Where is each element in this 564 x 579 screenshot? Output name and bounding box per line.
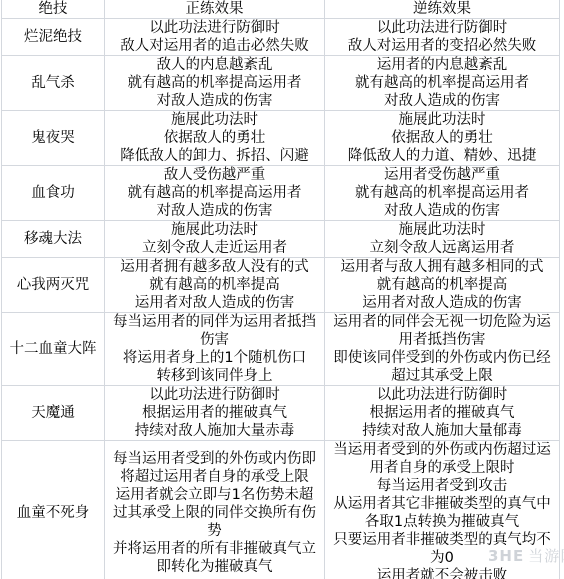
skill-name-cell: 天魔通 bbox=[2, 386, 105, 441]
negative-effect-line: 运用者的同伴会无视一切危险为运 bbox=[325, 313, 559, 331]
negative-effect-line: 根据运用者的摧破真气 bbox=[325, 404, 559, 422]
table-row: 乱气杀敌人的内息越紊乱就有越高的机率提高运用者对敌人造成的伤害运用者的内息越紊乱… bbox=[2, 56, 560, 111]
positive-effect-line: 每当运用者的同伴为运用者抵挡 bbox=[105, 313, 324, 331]
positive-effect-cell: 运用者拥有越多敌人没有的式就有越高的机率提高运用者对敌人造成的伤害 bbox=[105, 258, 325, 313]
skill-name-cell: 鬼夜哭 bbox=[2, 111, 105, 166]
skill-name-cell: 血食功 bbox=[2, 166, 105, 221]
skill-name-cell: 移魂大法 bbox=[2, 221, 105, 258]
negative-effect-cell: 运用者与敌人拥有越多相同的式就有越高的机率提高运用者对敌人造成的伤害 bbox=[325, 258, 560, 313]
negative-effect-cell: 以此功法进行防御时根据运用者的摧破真气持续对敌人施加大量郁毒 bbox=[325, 386, 560, 441]
skill-name-cell: 心我两灭咒 bbox=[2, 258, 105, 313]
positive-effect-line: 施展此功法时 bbox=[105, 221, 324, 239]
positive-effect-line: 对敌人造成的伤害 bbox=[105, 202, 324, 220]
negative-effect-line: 用者抵挡伤害 bbox=[325, 331, 559, 349]
positive-effect-cell: 施展此功法时依据敌人的勇壮降低敌人的卸力、拆招、闪避 bbox=[105, 111, 325, 166]
header-negative-effect: 逆练效果 bbox=[325, 0, 560, 19]
negative-effect-line: 就有越高的机率提高 bbox=[325, 276, 559, 294]
negative-effect-line: 运用者的内息越紊乱 bbox=[325, 56, 559, 74]
negative-effect-line: 对敌人造成的伤害 bbox=[325, 92, 559, 110]
table-row: 移魂大法施展此功法时立刻令敌人走近运用者施展此功法时立刻令敌人远离运用者 bbox=[2, 221, 560, 258]
positive-effect-line: 运用者对敌人造成的伤害 bbox=[105, 294, 324, 312]
negative-effect-line: 就有越高的机率提高运用者 bbox=[325, 74, 559, 92]
positive-effect-line: 并将运用者的所有非摧破真气立 bbox=[105, 540, 324, 558]
negative-effect-line: 每当运用者受到攻击 bbox=[325, 477, 559, 495]
positive-effect-line: 转移到该同伴身上 bbox=[105, 367, 324, 385]
negative-effect-line: 依据敌人的勇壮 bbox=[325, 129, 559, 147]
negative-effect-cell: 运用者受伤越严重就有越高的机率提高运用者对敌人造成的伤害 bbox=[325, 166, 560, 221]
negative-effect-cell: 以此功法进行防御时敌人对运用者的变招必然失败 bbox=[325, 19, 560, 56]
positive-effect-line: 过其承受上限的同伴交换所有伤 bbox=[105, 504, 324, 522]
positive-effect-cell: 敌人受伤越严重就有越高的机率提高运用者对敌人造成的伤害 bbox=[105, 166, 325, 221]
positive-effect-line: 就有越高的机率提高运用者 bbox=[105, 74, 324, 92]
skills-comparison-table: 绝技 正练效果 逆练效果 烂泥绝技以此功法进行防御时敌人对运用者的追击必然失败以… bbox=[1, 0, 560, 579]
positive-effect-line: 降低敌人的卸力、拆招、闪避 bbox=[105, 147, 324, 165]
positive-effect-line: 运用者拥有越多敌人没有的式 bbox=[105, 258, 324, 276]
table-row: 鬼夜哭施展此功法时依据敌人的勇壮降低敌人的卸力、拆招、闪避施展此功法时依据敌人的… bbox=[2, 111, 560, 166]
negative-effect-line: 降低敌人的力道、精妙、迅捷 bbox=[325, 147, 559, 165]
positive-effect-line: 将超过运用者自身的承受上限 bbox=[105, 468, 324, 486]
negative-effect-cell: 施展此功法时立刻令敌人远离运用者 bbox=[325, 221, 560, 258]
negative-effect-cell: 运用者的同伴会无视一切危险为运用者抵挡伤害即使该同伴受到的外伤或内伤已经超过其承… bbox=[325, 313, 560, 386]
positive-effect-line: 敌人的内息越紊乱 bbox=[105, 56, 324, 74]
negative-effect-line: 运用者受伤越严重 bbox=[325, 166, 559, 184]
negative-effect-line: 各取1点转换为摧破真气 bbox=[325, 513, 559, 531]
negative-effect-line: 以此功法进行防御时 bbox=[325, 19, 559, 37]
table-row: 天魔通以此功法进行防御时根据运用者的摧破真气持续对敌人施加大量赤毒以此功法进行防… bbox=[2, 386, 560, 441]
positive-effect-line: 以此功法进行防御时 bbox=[105, 386, 324, 404]
skill-name-cell: 乱气杀 bbox=[2, 56, 105, 111]
positive-effect-line: 将运用者身上的1个随机伤口 bbox=[105, 349, 324, 367]
negative-effect-line: 敌人对运用者的变招必然失败 bbox=[325, 37, 559, 55]
positive-effect-line: 伤害 bbox=[105, 331, 324, 349]
negative-effect-line: 运用者对敌人造成的伤害 bbox=[325, 294, 559, 312]
positive-effect-line: 敌人受伤越严重 bbox=[105, 166, 324, 184]
negative-effect-line: 用者自身的承受上限时 bbox=[325, 459, 559, 477]
header-positive-effect: 正练效果 bbox=[105, 0, 325, 19]
negative-effect-cell: 运用者的内息越紊乱就有越高的机率提高运用者对敌人造成的伤害 bbox=[325, 56, 560, 111]
negative-effect-line: 运用者与敌人拥有越多相同的式 bbox=[325, 258, 559, 276]
positive-effect-line: 对敌人造成的伤害 bbox=[105, 92, 324, 110]
table-row: 烂泥绝技以此功法进行防御时敌人对运用者的追击必然失败以此功法进行防御时敌人对运用… bbox=[2, 19, 560, 56]
positive-effect-line: 持续对敌人施加大量赤毒 bbox=[105, 422, 324, 440]
table-row: 心我两灭咒运用者拥有越多敌人没有的式就有越高的机率提高运用者对敌人造成的伤害运用… bbox=[2, 258, 560, 313]
positive-effect-line: 以此功法进行防御时 bbox=[105, 19, 324, 37]
negative-effect-line: 即使该同伴受到的外伤或内伤已经 bbox=[325, 349, 559, 367]
positive-effect-line: 施展此功法时 bbox=[105, 111, 324, 129]
negative-effect-line: 运用者就不会被击败 bbox=[325, 567, 559, 579]
positive-effect-line: 每当运用者受到的外伤或内伤即 bbox=[105, 450, 324, 468]
negative-effect-line: 超过其承受上限 bbox=[325, 367, 559, 385]
watermark-logo: 3HE bbox=[488, 547, 524, 565]
header-row: 绝技 正练效果 逆练效果 bbox=[2, 0, 560, 19]
negative-effect-line: 以此功法进行防御时 bbox=[325, 386, 559, 404]
positive-effect-cell: 每当运用者受到的外伤或内伤即将超过运用者自身的承受上限运用者就会立即与1名伤势未… bbox=[105, 441, 325, 579]
positive-effect-line: 依据敌人的勇壮 bbox=[105, 129, 324, 147]
positive-effect-line: 即转化为摧破真气 bbox=[105, 558, 324, 576]
positive-effect-line: 根据运用者的摧破真气 bbox=[105, 404, 324, 422]
negative-effect-line: 持续对敌人施加大量郁毒 bbox=[325, 422, 559, 440]
positive-effect-cell: 敌人的内息越紊乱就有越高的机率提高运用者对敌人造成的伤害 bbox=[105, 56, 325, 111]
positive-effect-cell: 施展此功法时立刻令敌人走近运用者 bbox=[105, 221, 325, 258]
table-row: 血童不死身每当运用者受到的外伤或内伤即将超过运用者自身的承受上限运用者就会立即与… bbox=[2, 441, 560, 579]
negative-effect-line: 立刻令敌人远离运用者 bbox=[325, 239, 559, 257]
skill-name-cell: 烂泥绝技 bbox=[2, 19, 105, 56]
positive-effect-line: 就有越高的机率提高运用者 bbox=[105, 184, 324, 202]
positive-effect-line: 敌人对运用者的追击必然失败 bbox=[105, 37, 324, 55]
negative-effect-line: 对敌人造成的伤害 bbox=[325, 202, 559, 220]
positive-effect-cell: 每当运用者的同伴为运用者抵挡伤害将运用者身上的1个随机伤口转移到该同伴身上 bbox=[105, 313, 325, 386]
negative-effect-line: 施展此功法时 bbox=[325, 111, 559, 129]
negative-effect-line: 施展此功法时 bbox=[325, 221, 559, 239]
header-skill: 绝技 bbox=[2, 0, 105, 19]
skill-name-cell: 十二血童大阵 bbox=[2, 313, 105, 386]
positive-effect-line: 运用者就会立即与1名伤势未超 bbox=[105, 486, 324, 504]
negative-effect-line: 当运用者受到的外伤或内伤超过运 bbox=[325, 441, 559, 459]
positive-effect-line: 立刻令敌人走近运用者 bbox=[105, 239, 324, 257]
positive-effect-cell: 以此功法进行防御时根据运用者的摧破真气持续对敌人施加大量赤毒 bbox=[105, 386, 325, 441]
negative-effect-line: 从运用者其它非摧破类型的真气中 bbox=[325, 495, 559, 513]
table-row: 血食功敌人受伤越严重就有越高的机率提高运用者对敌人造成的伤害运用者受伤越严重就有… bbox=[2, 166, 560, 221]
table-body: 烂泥绝技以此功法进行防御时敌人对运用者的追击必然失败以此功法进行防御时敌人对运用… bbox=[2, 19, 560, 579]
positive-effect-line: 就有越高的机率提高 bbox=[105, 276, 324, 294]
positive-effect-cell: 以此功法进行防御时敌人对运用者的追击必然失败 bbox=[105, 19, 325, 56]
site-watermark: 3HE当游网 bbox=[488, 545, 564, 566]
skill-name-cell: 血童不死身 bbox=[2, 441, 105, 579]
watermark-text: 当游网 bbox=[528, 547, 564, 565]
table-row: 十二血童大阵每当运用者的同伴为运用者抵挡伤害将运用者身上的1个随机伤口转移到该同… bbox=[2, 313, 560, 386]
positive-effect-line: 势 bbox=[105, 522, 324, 540]
negative-effect-cell: 施展此功法时依据敌人的勇壮降低敌人的力道、精妙、迅捷 bbox=[325, 111, 560, 166]
negative-effect-line: 就有越高的机率提高运用者 bbox=[325, 184, 559, 202]
